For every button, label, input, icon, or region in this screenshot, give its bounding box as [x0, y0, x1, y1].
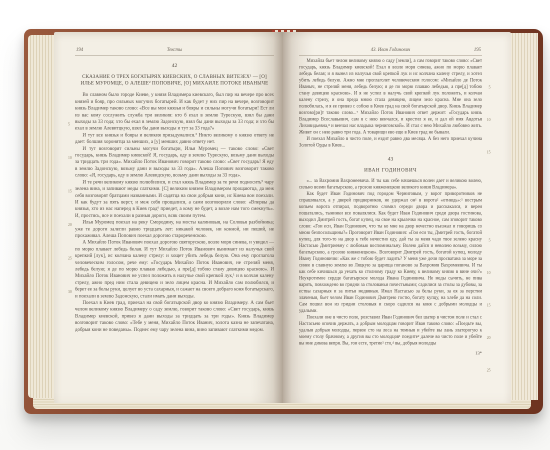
paragraph: «... за Вахромия Вахромеевича. И ты как … [299, 178, 482, 191]
paragraph: И те речи великому князю полюбилися, и с… [75, 179, 274, 219]
open-book: 194 Тексты 42 СКАЗАНИЕ О ТРЕХ БОГАТЫРЯХ … [24, 29, 543, 414]
paragraph: Как будет Иван Годинович под городом Чер… [299, 191, 482, 315]
margin-line-number: 5 [68, 121, 70, 128]
margin-line-number: 15 [68, 188, 72, 195]
paragraph: Михайла бьет челом великому князю о саду… [299, 58, 482, 136]
paragraph: Поехали оне в чисто поле, розставил Иван… [299, 315, 482, 348]
margin-line-number: 10 [486, 270, 490, 277]
page-edges-right [510, 33, 538, 400]
open-spread: 194 Тексты 42 СКАЗАНИЕ О ТРЕХ БОГАТЫРЯХ … [54, 32, 511, 403]
margin-line-number: 5 [488, 237, 490, 244]
margin-line-number: 5 [488, 84, 490, 91]
item-number: 43 [299, 156, 482, 163]
story-title: СКАЗАНИЕ О ТРЕХ БОГАТЫРЯХ КИЕВСКИХ, О СЛ… [78, 74, 271, 87]
item-number: 42 [75, 63, 274, 70]
margin-line-number: 25 [68, 255, 72, 262]
photo-background: 194 Тексты 42 СКАЗАНИЕ О ТРЕХ БОГАТЫРЯХ … [0, 0, 550, 450]
right-folio-number: 195 [473, 47, 480, 54]
left-page-header: 194 Тексты [75, 47, 274, 56]
right-page-header: 43. Иван Годинович 195 [299, 47, 482, 56]
margin-line-number: 20 [68, 222, 72, 229]
left-running-head: Тексты [75, 47, 274, 54]
right-page-text-column: 43. Иван Годинович 195 Михайла бьет чело… [299, 47, 482, 357]
paragraph: А Михайло Поток Иванович поехал дорогою … [75, 239, 274, 299]
margin-line-number: 30 [68, 289, 72, 296]
left-page: 194 Тексты 42 СКАЗАНИЕ О ТРЕХ БОГАТЫРЯХ … [54, 32, 283, 403]
margin-line-number: 20 [486, 335, 490, 342]
margin-line-number: 15 [486, 149, 490, 156]
paragraph: Поехал в Киев град, приехал на свой бога… [75, 300, 274, 334]
margin-line-number: 25 [486, 367, 490, 374]
left-page-text-column: 194 Тексты 42 СКАЗАНИЕ О ТРЕХ БОГАТЫРЯХ … [75, 47, 274, 333]
margin-line-number: 10 [486, 117, 490, 124]
paragraph: И поехал Михайло в чисто поле, и ездит р… [299, 136, 482, 149]
paragraph: Во славном было городе Киеве, у князя Вл… [75, 92, 274, 132]
paragraph: Илья Муромец поехал на реку Смородину, н… [75, 219, 274, 239]
paragraph: И тут все князья и бояры и великия приза… [75, 132, 274, 145]
margin-line-number: 15 [486, 302, 490, 309]
margin-line-number: 10 [68, 155, 72, 162]
signature-mark: 13* [299, 350, 482, 357]
paragraph: И тут возговорят сильны могучи богатыри,… [75, 145, 274, 179]
right-page: 43. Иван Годинович 195 Михайла бьет чело… [283, 32, 512, 403]
section-title: ИВАН ГОДИНОВИЧ [299, 167, 482, 174]
right-running-head: 43. Иван Годинович [299, 47, 482, 54]
